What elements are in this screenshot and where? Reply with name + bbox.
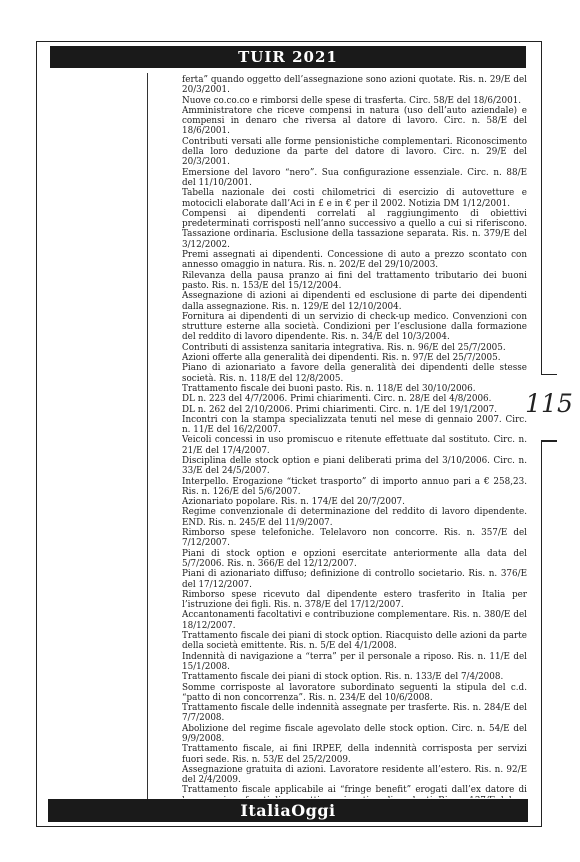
header-banner: TUIR 2021	[50, 46, 526, 68]
list-item: Premi assegnati ai dipendenti. Concessio…	[182, 250, 527, 271]
list-item: Tabella nazionale dei costi chilometrici…	[182, 188, 527, 209]
footer-logo: ItaliaOggi	[240, 799, 335, 822]
footer-banner: ItaliaOggi	[48, 799, 528, 822]
list-item: Piani di stock option e opzioni esercita…	[182, 549, 527, 570]
list-item: Nuove co.co.co e rimborsi delle spese di…	[182, 96, 527, 106]
list-item: Trattamento fiscale dei piani di stock o…	[182, 672, 527, 682]
bullet-list: Nuove co.co.co e rimborsi delle spese di…	[182, 96, 527, 798]
list-item: Interpello. Erogazione “ticket trasporto…	[182, 477, 527, 498]
list-item: Amministratore che riceve compensi in na…	[182, 106, 527, 137]
page-sheet: TUIR 2021 ferta” quando oggetto dell’ass…	[0, 0, 580, 862]
list-item: Trattamento fiscale delle indennità asse…	[182, 703, 527, 724]
list-item: Piano di azionariato a favore della gene…	[182, 363, 527, 384]
list-item: Azioni offerte alla generalità dei dipen…	[182, 353, 527, 363]
list-item: Rimborso spese ricevuto dal dipendente e…	[182, 590, 527, 611]
page-number-tab-top-tick	[542, 374, 557, 376]
list-item: Assegnazione gratuita di azioni. Lavorat…	[182, 765, 527, 786]
list-item: Piani di azionariato diffuso; definizion…	[182, 569, 527, 590]
list-item: Accantonamenti facoltativi e contribuzio…	[182, 610, 527, 631]
list-item: Incontri con la stampa specializzata ten…	[182, 415, 527, 436]
list-item: Assegnazione di azioni ai dipendenti ed …	[182, 291, 527, 312]
list-item: Trattamento fiscale dei buoni pasto. Ris…	[182, 384, 527, 394]
page-number: 115	[521, 390, 577, 418]
list-item: Compensi ai dipendenti correlati al ragg…	[182, 209, 527, 250]
list-item: Trattamento fiscale dei piani di stock o…	[182, 631, 527, 652]
list-item: Contributi di assistenza sanitaria integ…	[182, 343, 527, 353]
list-item: Veicoli concessi in uso promiscuo e rite…	[182, 435, 527, 456]
page-number-tab-bottom-tick	[542, 440, 557, 442]
list-item: Disciplina delle stock option e piani de…	[182, 456, 527, 477]
content-frame: TUIR 2021 ferta” quando oggetto dell’ass…	[36, 41, 542, 827]
page-title: TUIR 2021	[238, 46, 338, 68]
list-item: Regime convenzionale di determinazione d…	[182, 507, 527, 528]
text-column: ferta” quando oggetto dell’assegnazione …	[182, 75, 527, 798]
list-item: Rilevanza della pausa pranzo ai fini del…	[182, 271, 527, 292]
vertical-divider	[147, 73, 148, 799]
list-item: Fornitura ai dipendenti di un servizio d…	[182, 312, 527, 343]
list-item: Emersione del lavoro “nero”. Sua configu…	[182, 168, 527, 189]
list-item: Trattamento fiscale applicabile ai “frin…	[182, 785, 527, 798]
list-item: Somme corrisposte al lavoratore subordin…	[182, 683, 527, 704]
list-item: Indennità di navigazione a “terra” per i…	[182, 652, 527, 673]
frame-right-border-bottom	[541, 440, 543, 826]
list-item: Abolizione del regime fiscale agevolato …	[182, 724, 527, 745]
list-item: Trattamento fiscale, ai fini IRPEF, dell…	[182, 744, 527, 765]
list-item: Azionariato popolare. Ris. n. 174/E del …	[182, 497, 527, 507]
list-item: DL n. 223 del 4/7/2006. Primi chiariment…	[182, 394, 527, 404]
continuation-paragraph: ferta” quando oggetto dell’assegnazione …	[182, 75, 527, 96]
frame-right-border-top	[541, 42, 543, 375]
list-item: Rimborso spese telefoniche. Telelavoro n…	[182, 528, 527, 549]
list-item: DL n. 262 del 2/10/2006. Primi chiarimen…	[182, 405, 527, 415]
list-item: Contributi versati alle forme pensionist…	[182, 137, 527, 168]
